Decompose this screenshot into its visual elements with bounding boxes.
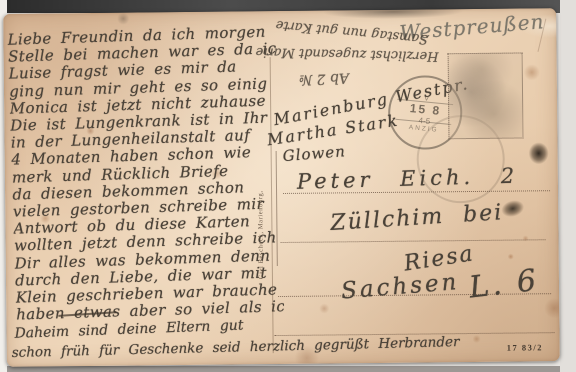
stamp-box: [448, 52, 524, 139]
postmark-date: 15 8: [409, 101, 442, 118]
overflow-scribble: Ab 2 №: [299, 69, 350, 87]
overflow-scribble: Herzlichst zugesandt Marie: [255, 44, 438, 63]
scan-background-right: [560, 0, 576, 372]
ink-blot: [529, 142, 549, 164]
scan-background: Liebe Freundin da ich morgen Stelle bei …: [0, 0, 576, 372]
sender-scribble: Glowen: [282, 142, 346, 165]
address-line-region: Sachsen: [340, 269, 460, 304]
postmark-town-text: V: [424, 93, 430, 102]
address-line-district: L. 6: [467, 263, 541, 306]
address-rule: [281, 239, 546, 243]
postcard-back: Liebe Freundin da ich morgen Stelle bei …: [3, 8, 560, 367]
address-line-street: Züllchim bei: [330, 200, 504, 236]
scan-background-bottom: [0, 366, 576, 372]
message-block: Liebe Freundin da ich morgen Stelle bei …: [7, 23, 284, 324]
serial-number: 17 83/2: [507, 342, 543, 352]
